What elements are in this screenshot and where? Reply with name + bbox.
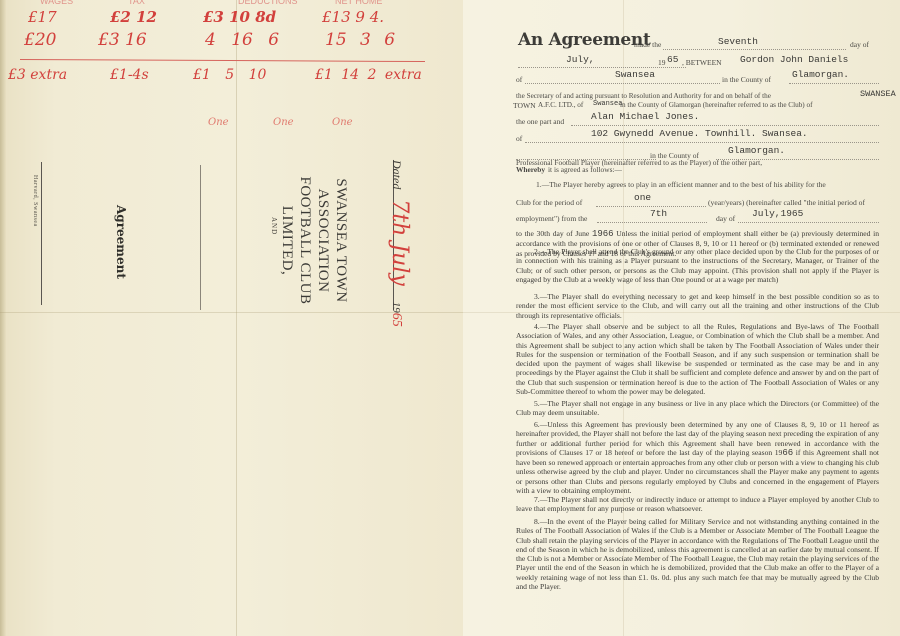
dated-label: Dated [390, 160, 404, 189]
hw-header-wages: WAGES [40, 0, 73, 6]
clause-5: 5.—The Player shall not engage in any bu… [516, 399, 879, 418]
hw-wage-1: £17 [28, 8, 57, 26]
dated-year: 1965 [390, 302, 402, 327]
hw-one-3: One [332, 117, 353, 128]
year-prefix: 19 [658, 58, 666, 67]
clause-1-line-c: (year/years) (hereinafter called "the in… [708, 198, 865, 207]
club-name-block: SWANSEA TOWN ASSOCIATION FOOTBALL CLUB L… [278, 168, 350, 313]
clause-4: 4.—The Player shall observe and be subje… [516, 322, 879, 396]
clause-3: 3.—The Player shall do everything necess… [516, 292, 879, 320]
contract-title-line: An Agreement [518, 30, 651, 50]
and-label: AND [270, 217, 278, 235]
clause-6: 6.—Unless this Agreement has previously … [516, 420, 879, 495]
cover-rule-middle [200, 165, 201, 310]
club-line2-rest: in the County of Glamorgan (hereinafter … [620, 101, 812, 109]
club-line-1: SWANSEA TOWN [332, 168, 350, 313]
clause-2-text: 2.—The Player shall attend the Club's gr… [516, 247, 879, 284]
hw-diff-tax: £1-4s [110, 67, 149, 83]
hw-sum-line [20, 59, 425, 62]
one-part-label: the one part and [516, 117, 564, 126]
player-name: Alan Michael Jones. [591, 111, 699, 122]
club-line-3: FOOTBALL CLUB [296, 168, 314, 313]
county-label: in the County of [722, 75, 771, 84]
dated-line: Dated 7th July 1965 [387, 160, 412, 327]
club-line-2: ASSOCIATION [314, 168, 332, 313]
whereby-label: Whereby [516, 165, 545, 174]
hw-tax-2: £3 16 [98, 30, 147, 50]
clause-8: 8.—In the event of the Player being call… [516, 517, 879, 591]
clause-8-text: 8.—In the event of the Player being call… [516, 517, 879, 591]
secretary-clause: the Secretary of and acting pursuant to … [516, 92, 771, 100]
hw-header-deductions: DEDUCTIONS [238, 0, 298, 6]
club-line2-afc: A.F.C. LTD., of [538, 101, 583, 109]
fold-line [236, 0, 237, 636]
clause-6-year: 66 [782, 448, 793, 458]
year-value: 65 [667, 54, 678, 65]
clause-5-text: 5.—The Player shall not engage in any bu… [516, 399, 879, 418]
day-of-label-2: day of [716, 214, 735, 223]
clause-1-line-b: Club for the period of [516, 198, 582, 207]
dated-handwritten: 7th July [387, 199, 412, 285]
secretary-name: Gordon John Daniels [740, 54, 848, 65]
cover-rule-left [41, 162, 42, 305]
cover-page: WAGES TAX DEDUCTIONS NET HOME £17 £2 12 … [0, 0, 464, 636]
year-prefix: 19 [390, 302, 402, 313]
hw-one-2: One [273, 117, 294, 128]
of-label: of [516, 75, 522, 84]
hw-deduct-2: 4 16 6 [205, 30, 279, 50]
hw-header-tax: TAX [128, 0, 145, 6]
clause-7: 7.—The Player shall not directly or indi… [516, 495, 879, 514]
hw-diff-deduct: £1 5 10 [193, 67, 266, 83]
hw-net-2: 15 3 6 [325, 30, 395, 50]
from-month-year: July,1965 [752, 208, 803, 219]
secretary-town: Swansea [615, 69, 655, 80]
clause-1-line-a: 1.—The Player hereby agrees to play in a… [536, 180, 826, 189]
clause-1-line-d: employment") from the [516, 214, 587, 223]
from-day: 7th [650, 208, 667, 219]
club-line2-town: TOWN [513, 101, 536, 110]
period-value: one [634, 192, 651, 203]
to-year: 1966 [592, 229, 614, 239]
year-handwritten: 65 [389, 313, 404, 327]
hw-header-net: NET HOME [335, 0, 382, 6]
clause-4-text: 4.—The Player shall observe and be subje… [516, 322, 879, 396]
hw-diff-wage: £3 extra [8, 67, 67, 83]
clause-2: 2.—The Player shall attend the Club's gr… [516, 247, 879, 284]
club-line-4: LIMITED, [278, 168, 296, 313]
hw-one-1: One [208, 117, 229, 128]
hw-net-1: £13 9 4. [322, 8, 384, 26]
secretary-county: Glamorgan. [792, 69, 849, 80]
hw-deduct-1: £3 10 8d [203, 8, 276, 26]
day-value: Seventh [718, 36, 758, 47]
hw-wage-2: £20 [24, 30, 56, 50]
player-address: 102 Gwynedd Avenue. Townhill. Swansea. [591, 128, 808, 139]
club-name-typed: SWANSEA [860, 89, 896, 99]
clause-7-text: 7.—The Player shall not directly or indi… [516, 495, 879, 514]
hw-diff-net: £1 14 2 extra [315, 67, 422, 83]
made-the-label: made the [634, 40, 661, 49]
player-of-label: of [516, 134, 522, 143]
contract-title: An Agreement [518, 30, 651, 50]
printer-imprint: Harvard, Swansea [32, 175, 38, 227]
day-of-label: day of [850, 40, 869, 49]
player-county: Glamorgan. [728, 145, 785, 156]
clause-3-text: 3.—The Player shall do everything necess… [516, 292, 879, 320]
club-town-typed: Swansea [593, 100, 622, 108]
clause-1-line-e: to the 30th day of June [516, 229, 589, 238]
whereby-rest: it is agreed as follows:— [548, 165, 622, 174]
between-label: , BETWEEN [682, 58, 722, 67]
month-value: July, [566, 54, 595, 65]
paper-edge [0, 0, 6, 636]
agreement-cover-title: Agreement [114, 205, 128, 279]
hw-tax-1: £2 12 [110, 8, 157, 26]
